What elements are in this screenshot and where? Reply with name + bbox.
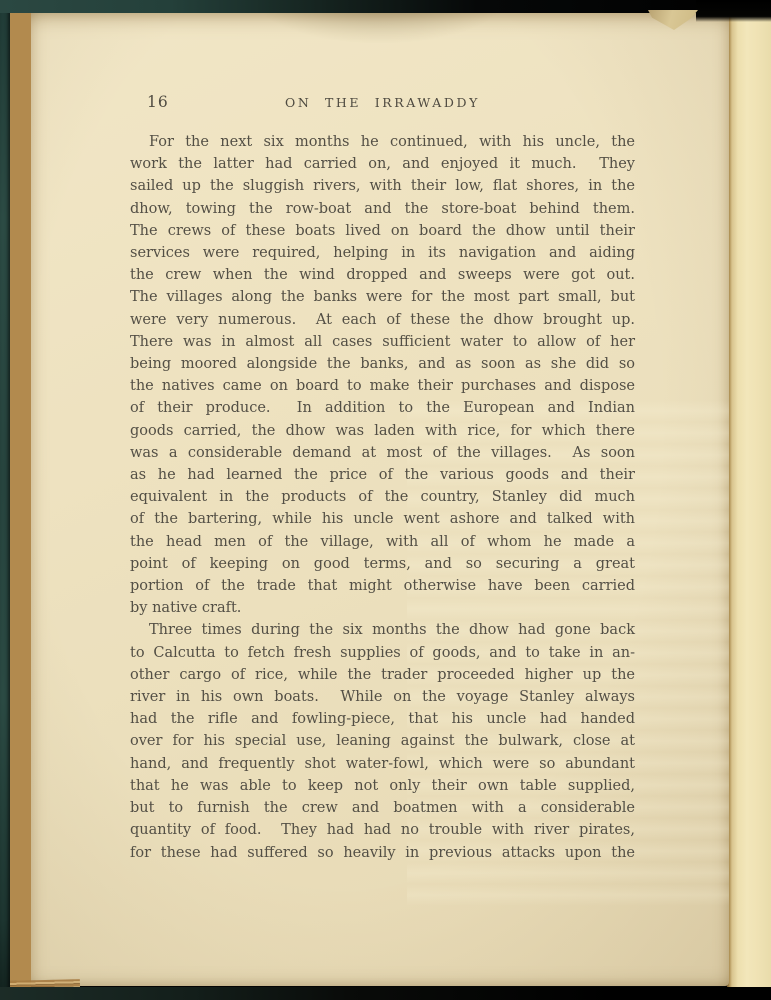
page-number: 16: [147, 93, 169, 111]
text-line: that he was able to keep not only their …: [130, 775, 635, 797]
text-line: dhow, towing the row-boat and the store-…: [130, 198, 635, 220]
book-cover-bottom-edge: [0, 987, 771, 1000]
text-line: over for his special use, leaning agains…: [130, 730, 635, 752]
page-header: 16 ON THE IRRAWADDY: [130, 92, 635, 114]
text-line: the head men of the village, with all of…: [130, 531, 635, 553]
text-line: services were required, helping in its n…: [130, 242, 635, 264]
book-scan: 16 ON THE IRRAWADDY For the next six mon…: [0, 0, 771, 1000]
text-line: There was in almost all cases sufficient…: [130, 331, 635, 353]
text-line: had the rifle and fowling-piece, that hi…: [130, 708, 635, 730]
text-line: goods carried, the dhow was laden with r…: [130, 420, 635, 442]
text-line: by native craft.: [130, 597, 635, 619]
text-line: the crew when the wind dropped and sweep…: [130, 264, 635, 286]
text-line: of their produce. In addition to the Eur…: [130, 397, 635, 419]
text-line: point of keeping on good terms, and so s…: [130, 553, 635, 575]
text-line: river in his own boats. While on the voy…: [130, 686, 635, 708]
text-line: other cargo of rice, while the trader pr…: [130, 664, 635, 686]
text-line: work the latter had carried on, and enjo…: [130, 153, 635, 175]
text-line: quantity of food. They had had no troubl…: [130, 819, 635, 841]
text-line: hand, and frequently shot water-fowl, wh…: [130, 753, 635, 775]
running-head: ON THE IRRAWADDY: [130, 92, 635, 110]
text-line: was a considerable demand at most of the…: [130, 442, 635, 464]
book-cover-spine: [0, 0, 10, 1000]
scan-background-corner: [696, 0, 771, 22]
text-line: The crews of these boats lived on board …: [130, 220, 635, 242]
underlying-page-edge: [727, 14, 771, 988]
text-line: to Calcutta to fetch fresh supplies of g…: [130, 642, 635, 664]
text-line: equivalent in the products of the countr…: [130, 486, 635, 508]
text-line: for these had suffered so heavily in pre…: [130, 842, 635, 864]
text-line: Three times during the six months the dh…: [130, 619, 635, 641]
text-line: The villages along the banks were for th…: [130, 286, 635, 308]
text-line: portion of the trade that might otherwis…: [130, 575, 635, 597]
paragraph-1: For the next six months he continued, wi…: [130, 131, 635, 619]
text-line: of the bartering, while his uncle went a…: [130, 508, 635, 530]
text-line: the natives came on board to make their …: [130, 375, 635, 397]
paragraph-2: Three times during the six months the dh…: [130, 619, 635, 863]
text-line: but to furnish the crew and boatmen with…: [130, 797, 635, 819]
text-line: sailed up the sluggish rivers, with thei…: [130, 175, 635, 197]
page-text: For the next six months he continued, wi…: [130, 131, 635, 864]
book-page: 16 ON THE IRRAWADDY For the next six mon…: [30, 13, 729, 986]
text-line: as he had learned the price of the vario…: [130, 464, 635, 486]
text-line: being moored alongside the banks, and as…: [130, 353, 635, 375]
page-edges-stack: [9, 7, 31, 991]
text-line: were very numerous. At each of these the…: [130, 309, 635, 331]
text-line: For the next six months he continued, wi…: [130, 131, 635, 153]
